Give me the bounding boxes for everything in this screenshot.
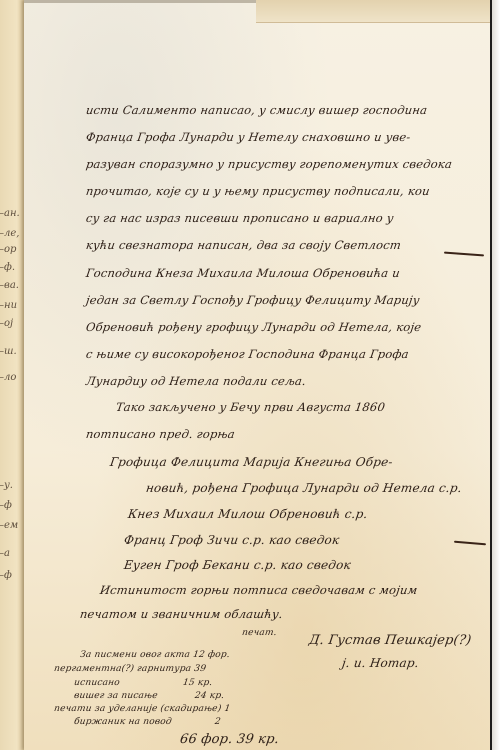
body-line: Лунардиу од Нетела подали сеља. <box>85 374 307 388</box>
manuscript-page: исти Салименто написао, у смислу вишер г… <box>24 0 490 750</box>
body-line: потписано пред. горња <box>85 427 236 441</box>
body-line: кући свезнатора написан, два за своју Св… <box>85 238 402 252</box>
body-line: Господина Кнеза Михаила Милоша Обреновић… <box>85 266 401 280</box>
signature-line: Кнез Михаил Милош Обреновић с.р. <box>127 507 369 521</box>
photo-frame-edge <box>490 0 500 750</box>
underlying-page-edge: —ан. —ле, —ор —ф. —ва. —ни —ој —ш. —ло —… <box>0 0 24 750</box>
fee-row: биржаник на повод 2 <box>73 717 221 727</box>
signature-line: Еуген Гроф Бекани с.р. као сведок <box>123 558 352 572</box>
date-line: Тако закључено у Бечу први Августа 1860 <box>115 400 386 414</box>
fee-row: печати за уделаније (скадирање) 1 <box>53 704 231 714</box>
signature-line: новић, рођена Грофица Лунарди од Нетела … <box>145 481 463 495</box>
pen-flourish <box>444 252 484 257</box>
signature-line: Грофица Фелицита Марија Кнегиња Обре- <box>109 455 394 469</box>
seal-note: печат. <box>241 628 277 638</box>
fee-row: За писмени овог акта 12 фор. <box>79 650 230 660</box>
notary-name: Д. Густав Пешкајер(?) <box>308 633 472 648</box>
certification-line: Истинитост горњи потписа сведочавам с мо… <box>99 583 418 597</box>
body-line: разуван споразумно у присуству горепомен… <box>85 157 453 171</box>
fee-row: исписано 15 кр. <box>73 678 213 688</box>
certification-line: печатом и званичним облашћу. <box>79 607 284 621</box>
body-line: исти Салименто написао, у смислу вишер г… <box>85 103 428 117</box>
signature-line: Франц Гроф Зичи с.р. као сведок <box>123 533 340 547</box>
notary-title: ј. и. Нотар. <box>341 656 420 670</box>
body-line: с њиме су високорођеног Господина Франца… <box>85 347 410 361</box>
body-line: Обреновић рођену грофицу Лунарди од Нете… <box>85 320 422 334</box>
paper-fold <box>256 0 490 23</box>
body-line: су га нас израз писевши прописано и вари… <box>85 211 395 225</box>
pen-flourish <box>454 541 486 546</box>
body-line: Франца Грофа Лунарди у Нетелу снаховшно … <box>85 130 412 144</box>
fee-total: 66 фор. 39 кр. <box>179 732 280 747</box>
fee-row: пергаментна(?) гарнитура 39 <box>53 664 206 674</box>
body-line: прочитао, које су и у њему присуству под… <box>85 184 431 198</box>
fee-row: вишег за писање 24 кр. <box>73 691 225 701</box>
body-line: један за Светлу Госпођу Грофицу Фелициту… <box>85 293 421 307</box>
